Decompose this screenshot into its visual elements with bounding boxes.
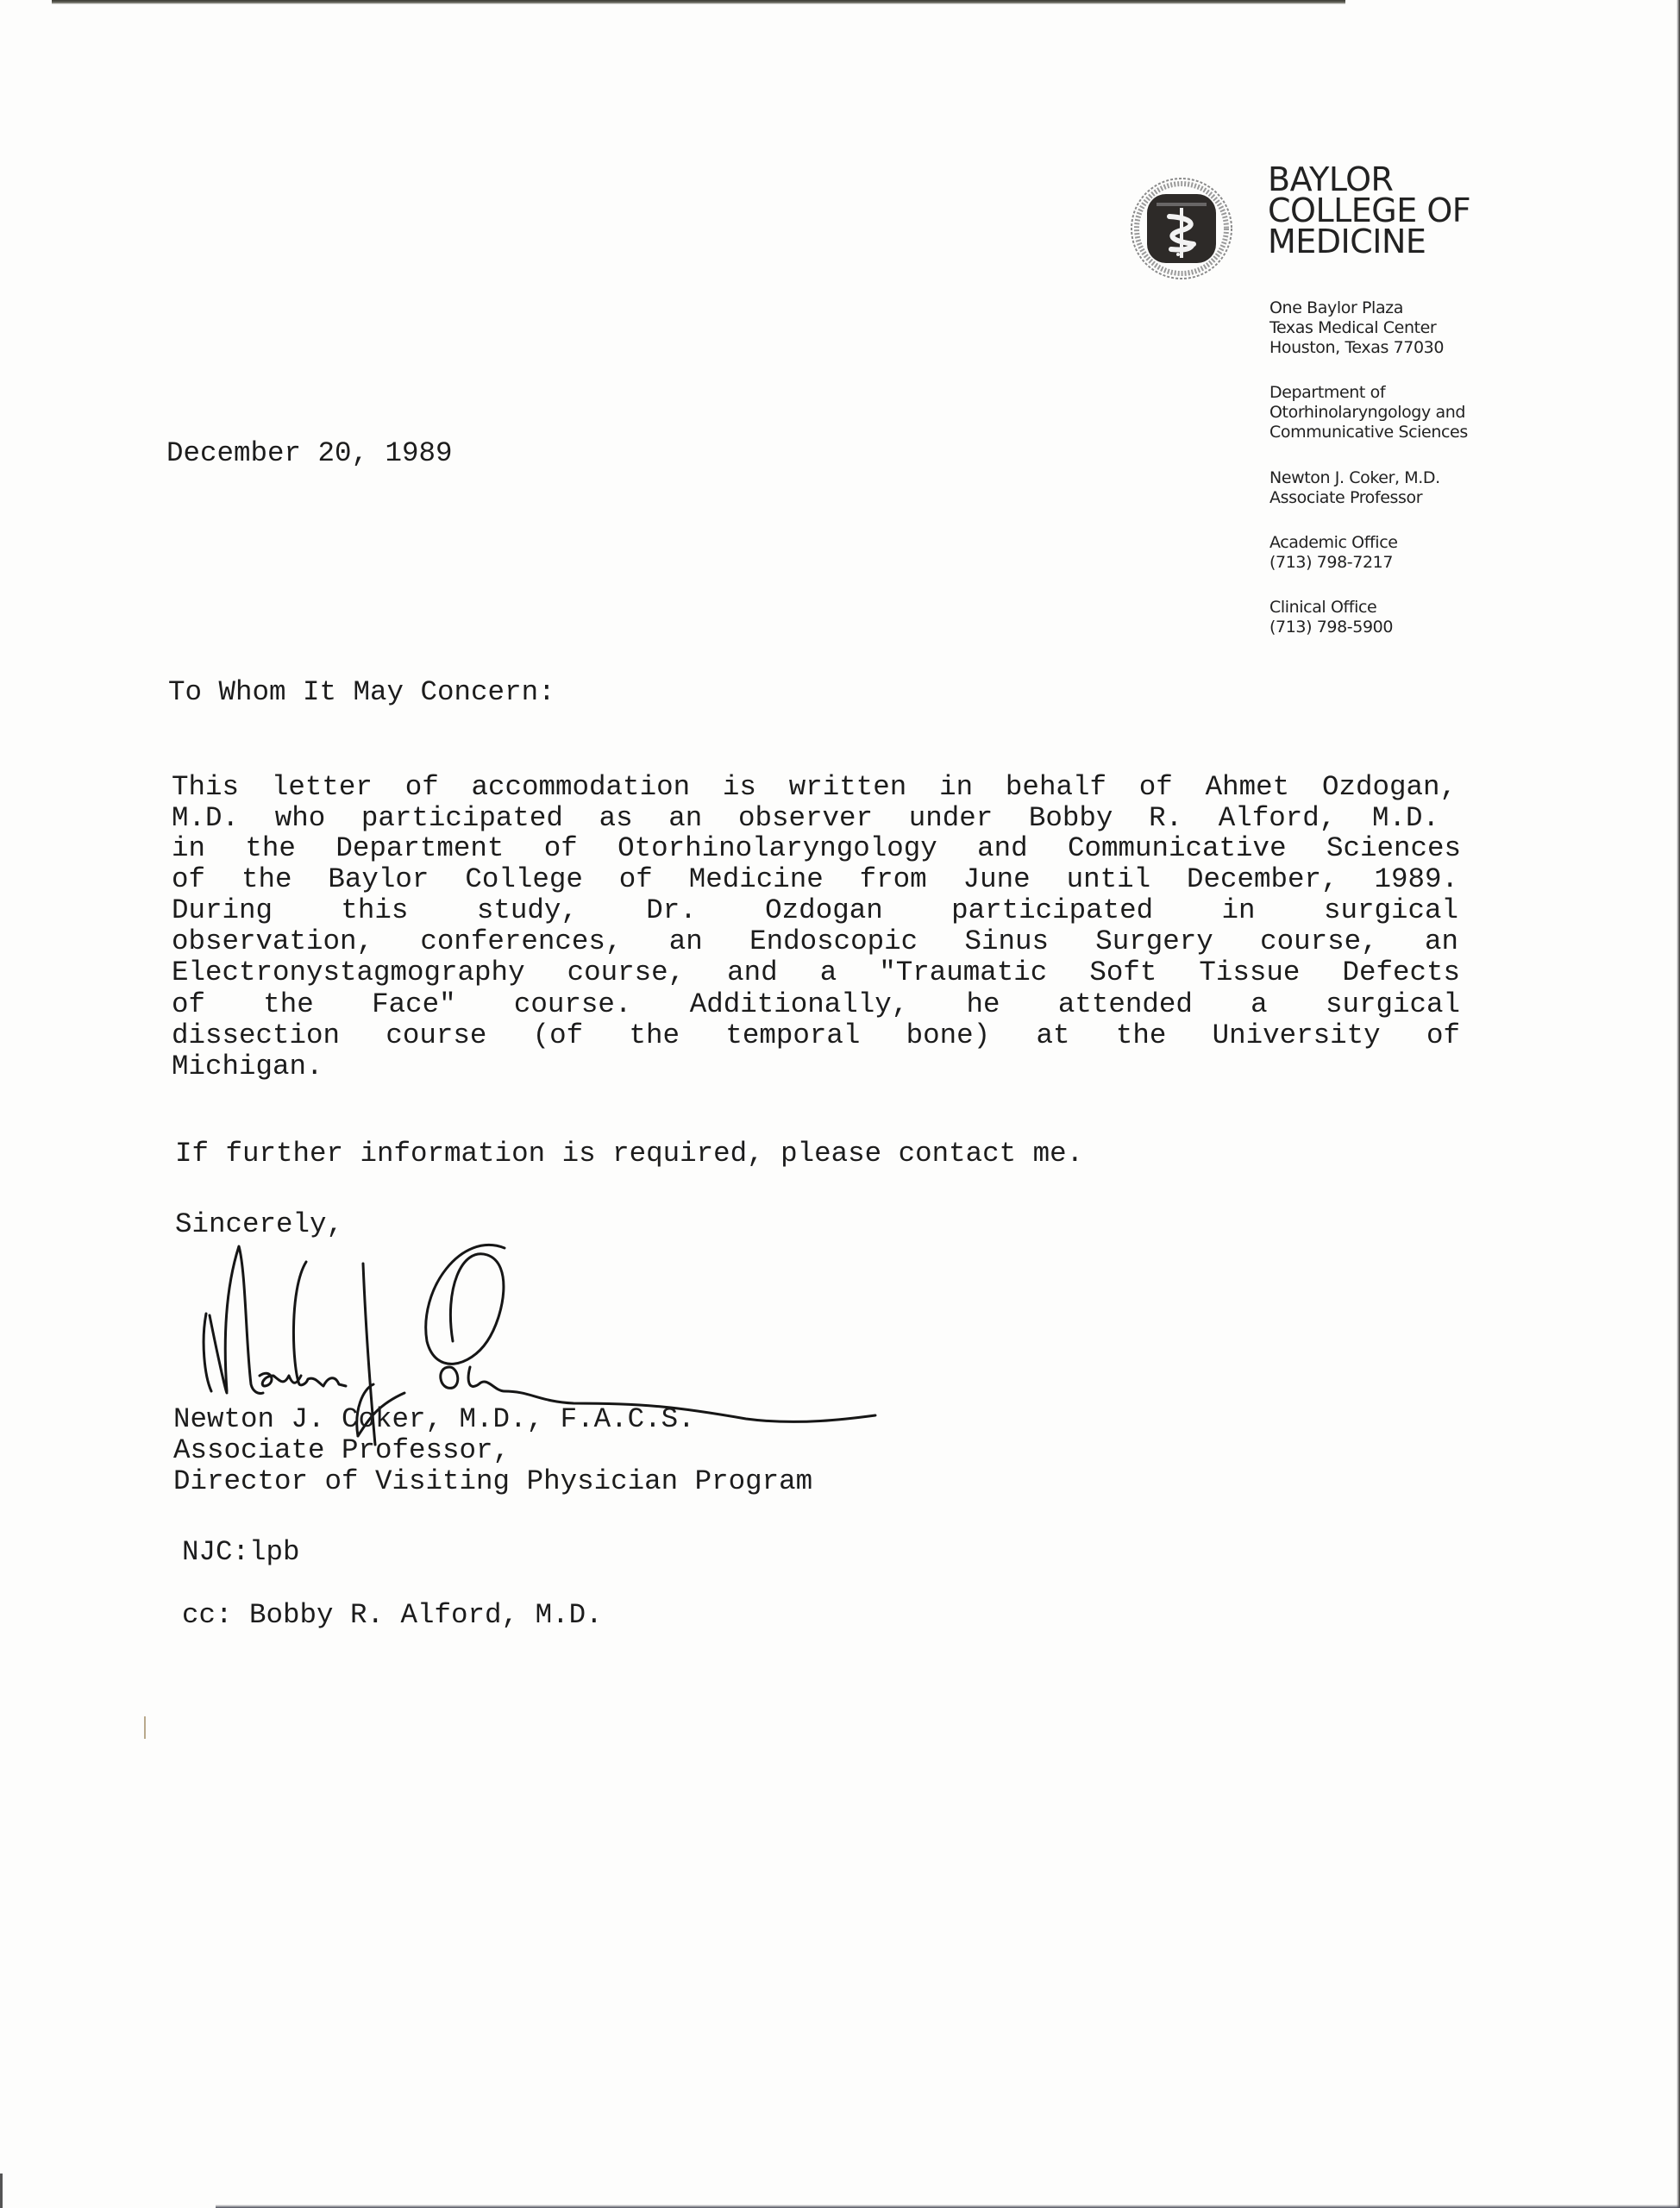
body-line: Electronystagmography course, and a "Tra…: [172, 957, 1460, 988]
closing-request: If further information is required, plea…: [175, 1138, 1083, 1170]
salutation: To Whom It May Concern:: [168, 677, 555, 708]
body-line: dissection course (of the temporal bone)…: [172, 1020, 1460, 1051]
scan-edge-right: [1677, 0, 1680, 2208]
letterhead-person: Newton J. Coker, M.D. Associate Professo…: [1269, 468, 1440, 508]
letterhead-address: One Baylor Plaza Texas Medical Center Ho…: [1269, 298, 1444, 358]
letter-date: December 20, 1989: [166, 438, 453, 469]
body-line: observation, conferences, an Endoscopic …: [172, 926, 1458, 957]
letterhead-clinical-office: Clinical Office (713) 798-5900: [1269, 598, 1393, 637]
body-line: of the Face" course. Additionally, he at…: [172, 989, 1460, 1020]
scan-edge-top: [52, 0, 1345, 4]
closing: Sincerely,: [175, 1209, 343, 1240]
body-line: in the Department of Otorhinolaryngology…: [172, 833, 1461, 864]
institution-name: BAYLOR COLLEGE OF MEDICINE: [1268, 164, 1470, 257]
body-line: This letter of accommodation is written …: [172, 772, 1457, 803]
scan-edge-left: [0, 2173, 3, 2208]
carbon-copy: cc: Bobby R. Alford, M.D.: [182, 1600, 603, 1631]
reference-initials: NJC:lpb: [182, 1537, 300, 1568]
letterhead-academic-office: Academic Office (713) 798-7217: [1269, 533, 1398, 573]
body-line: of the Baylor College of Medicine from J…: [172, 864, 1458, 895]
body-line: During this study, Dr. Ozdogan participa…: [172, 895, 1458, 926]
body-line: Michigan.: [172, 1051, 323, 1082]
stray-pen-mark: [144, 1716, 146, 1739]
signer-name: Newton J. Coker, M.D., F.A.C.S.: [173, 1404, 695, 1435]
baylor-seal-icon: [1128, 175, 1235, 282]
signer-role: Director of Visiting Physician Program: [173, 1466, 812, 1497]
scan-edge-bottom: [216, 2205, 1680, 2208]
signer-title: Associate Professor,: [173, 1435, 510, 1466]
body-line: M.D. who participated as an observer und…: [172, 803, 1439, 834]
letterhead-department: Department of Otorhinolaryngology and Co…: [1269, 383, 1468, 442]
